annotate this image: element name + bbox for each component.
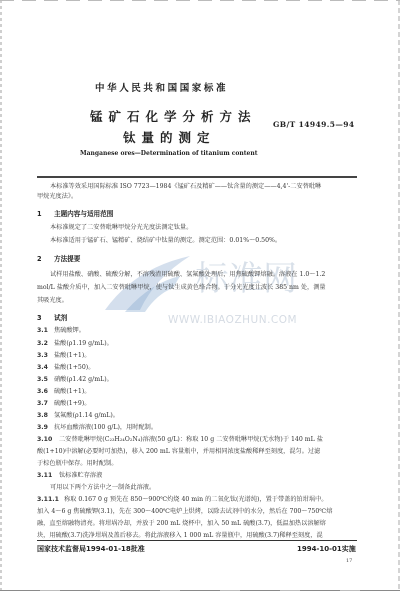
reagent-item-3-11-sub: 可用以下两个方法中之一制备此溶液。 (50, 483, 155, 492)
reagent-item-3-10-line-2: 酸(1+10)中溶解(必要时可加热)，移入 200 mL 容量瓶中，并用相同浓度… (37, 447, 320, 456)
section-2-heading: 2方法提要 (37, 253, 80, 263)
reagent-item-3-11-1-line-3: 融，直至熔融物清亮。将坩埚冷却，并放于 200 mL 烧杯中，加入 50 mL … (37, 519, 326, 528)
item-text: 抗坏血酸溶液(100 g/L)，用时配制。 (54, 424, 157, 431)
header-divider (37, 176, 357, 178)
reagent-item-3-11-1-line-4: 块，用硫酸(3.7)洗净坩埚及盖后移去。将此溶液移入 1 000 mL 容量瓶中… (37, 531, 323, 540)
item-text: 硝酸(ρ1.42 g/mL)。 (54, 376, 113, 383)
section-2-line-3: 其吸光度。 (37, 296, 68, 305)
item-number: 3.11 (37, 471, 59, 480)
national-standard-label: 中华人民共和国国家标准 (95, 80, 228, 94)
section-1-paragraph-1: 本标准规定了二安替吡啉甲烷分光光度法测定钛量。 (50, 223, 192, 232)
reagent-item: 3.6硫酸(1+1)。 (37, 387, 90, 396)
item-number: 3.5 (37, 375, 54, 384)
scan-edge-left (0, 0, 2, 592)
scan-edge-bottom (0, 590, 400, 591)
standard-code: GB/T 14949.5—94 (273, 120, 355, 129)
footer-divider (37, 540, 357, 541)
item-number: 3.10 (37, 435, 59, 444)
reagent-item: 3.5硝酸(ρ1.42 g/mL)。 (37, 375, 113, 384)
item-text: 二安替吡啉甲烷(C₂₃H₂₄O₂N₄)溶液(50 g/L)：称取 10 g 二安… (59, 436, 323, 443)
item-number: 3.9 (37, 423, 54, 432)
reagent-item: 3.8氢氟酸(ρ1.14 g/mL)。 (37, 411, 119, 420)
section-2-line-2: mol/L 盐酸介质中，加入二安替吡啉甲烷，使与钛生成黄色络合物。于分光光度计波… (37, 283, 326, 292)
section-3-heading: 3试剂 (37, 312, 67, 322)
reagent-item: 3.3盐酸(1+1)。 (37, 351, 90, 360)
intro-line-2: 甲烷光度法》。 (37, 192, 77, 201)
section-title: 主题内容与适用范围 (54, 210, 113, 218)
section-1-heading: 1主题内容与适用范围 (37, 208, 113, 218)
reagent-item: 3.2盐酸(ρ1.19 g/mL)。 (37, 339, 113, 348)
item-text: 钛标准贮存溶液 (59, 472, 102, 479)
section-number: 1 (37, 210, 54, 218)
document-title: 锰矿石化学分析方法 (90, 107, 257, 125)
scan-edge-top (0, 0, 400, 1)
reagent-item-3-11-1: 3.11.1称取 0.167 0 g 预先在 850～900℃灼烧 40 min… (37, 495, 327, 504)
item-number: 3.8 (37, 411, 54, 420)
english-title: Manganese ores—Determination of titanium… (80, 150, 258, 157)
item-number: 3.6 (37, 387, 54, 396)
item-text: 称取 0.167 0 g 预先在 850～900℃灼烧 40 min 的二氧化钛… (64, 496, 327, 503)
reagent-item-3-10: 3.10二安替吡啉甲烷(C₂₃H₂₄O₂N₄)溶液(50 g/L)：称取 10 … (37, 435, 323, 444)
reagent-item: 3.7硫酸(1+9)。 (37, 399, 90, 408)
section-number: 2 (37, 255, 54, 263)
watermark-url: WWW.IBIAOZHUN.COM (168, 314, 297, 326)
section-2-line-1: 试样用盐酸、硝酸、硫酸分解，不溶残渣用硫酸、氢氟酸处理后，用焦硫酸钾熔融。溶液在… (50, 270, 325, 279)
section-1-paragraph-2: 本标准适用于锰矿石、锰精矿、烧结矿中钛量的测定。测定范围：0.01%～0.50%… (50, 236, 281, 245)
svg-text:标准网: 标准网 (195, 259, 297, 299)
item-text: 硫酸(1+9)。 (54, 400, 90, 407)
reagent-item: 3.1焦硫酸钾。 (37, 326, 85, 335)
page-number: 17 (346, 558, 352, 564)
intro-line-1: 本标准等效采用国际标准 ISO 7723—1984《锰矿石及精矿——钛含量的测定… (50, 182, 321, 191)
implementation-date: 1994-10-01实施 (297, 544, 356, 554)
item-number: 3.1 (37, 326, 54, 335)
item-number: 3.3 (37, 351, 54, 360)
section-number: 3 (37, 314, 54, 322)
reagent-item-3-10-line-3: 于棕色瓶中保存。用时配制。 (37, 459, 117, 468)
reagent-item: 3.4盐酸(1+50)。 (37, 363, 94, 372)
section-title: 方法提要 (54, 255, 80, 263)
reagent-item: 3.9抗坏血酸溶液(100 g/L)，用时配制。 (37, 423, 157, 432)
item-number: 3.2 (37, 339, 54, 348)
reagent-item-3-11-1-line-2: 加入 4～6 g 焦硫酸钾(3.1)，先在 300～400℃电炉上烘烤，以除去试… (37, 507, 332, 516)
item-number: 3.4 (37, 363, 54, 372)
item-text: 硫酸(1+1)。 (54, 388, 90, 395)
item-number: 3.11.1 (37, 495, 64, 504)
item-text: 盐酸(ρ1.19 g/mL)。 (54, 340, 113, 347)
section-title: 试剂 (54, 314, 67, 322)
item-text: 盐酸(1+1)。 (54, 352, 90, 359)
document-subtitle: 钛量的测定 (123, 128, 216, 146)
item-text: 焦硫酸钾。 (54, 327, 85, 334)
approval-date: 国家技术监督局1994-01-18批准 (37, 544, 145, 554)
item-text: 盐酸(1+50)。 (54, 364, 94, 371)
reagent-item-3-11: 3.11钛标准贮存溶液 (37, 471, 102, 480)
item-text: 氢氟酸(ρ1.14 g/mL)。 (54, 412, 119, 419)
item-number: 3.7 (37, 399, 54, 408)
